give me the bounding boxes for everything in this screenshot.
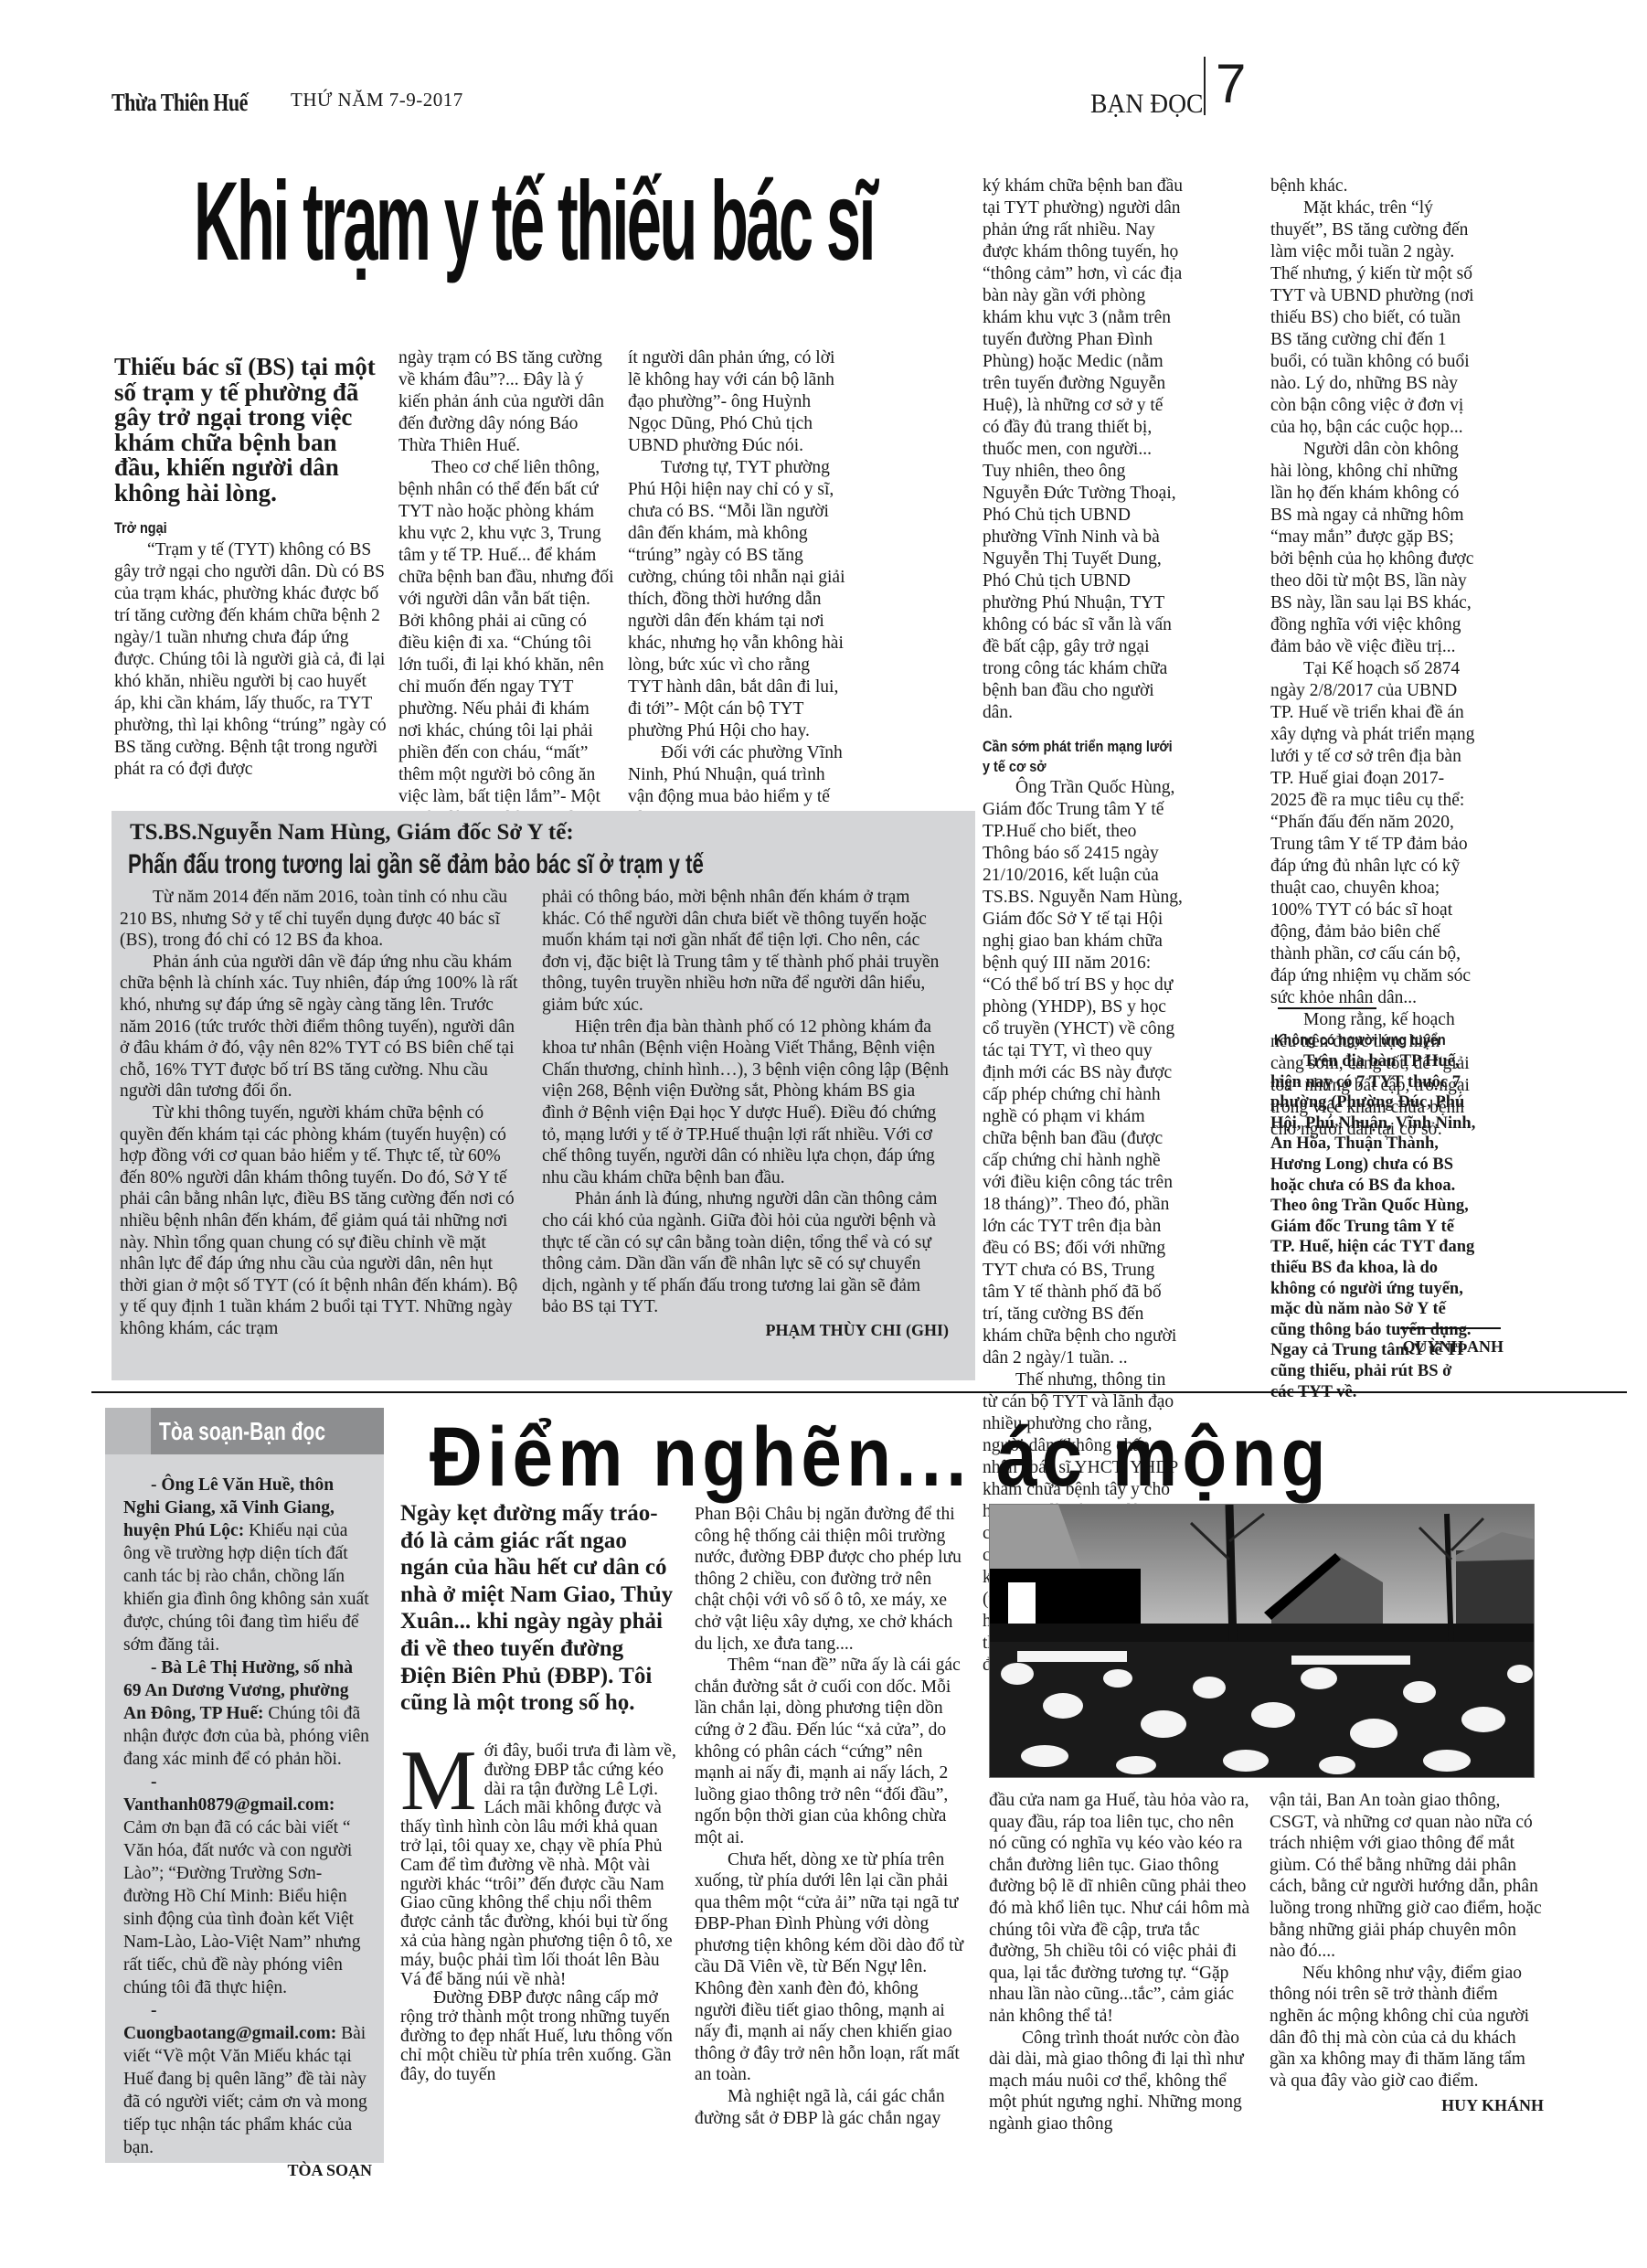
article1-column-2: ngày trạm có BS tăng cường về khám đâu”?… <box>398 347 614 852</box>
section-divider <box>91 1391 1627 1393</box>
interview-column-right: phải có thông báo, mời bệnh nhân đến khá… <box>542 887 949 1341</box>
interview-title: Phấn đấu trong tương lai gần sẽ đảm bảo … <box>128 850 704 879</box>
paragraph: Hiện trên địa bàn thành phố có 12 phòng … <box>542 1017 949 1189</box>
paragraph: Theo cơ chế liên thông, bệnh nhân có thể… <box>398 457 614 852</box>
paragraph: Phan Bội Châu bị ngăn đường để thi công … <box>695 1504 964 1655</box>
section-name: BẠN ĐỌC <box>1090 89 1203 120</box>
paragraph: đầu cửa nam ga Huế, tàu hỏa vào ra, quay… <box>989 1790 1254 2028</box>
paragraph: Ông Trần Quốc Hùng, Giám đốc Trung tâm Y… <box>983 777 1184 1369</box>
mailbox-sender: - Vanthanh0879@gmail.com: <box>123 1773 335 1815</box>
mailbox-sender: - Cuongbaotang@gmail.com: <box>123 2001 336 2043</box>
paragraph: Thêm “nan đề” nữa ấy là cái gác chắn đườ… <box>695 1655 964 1848</box>
article2-column-3: đầu cửa nam ga Huế, tàu hỏa vào ra, quay… <box>989 1790 1254 2135</box>
paragraph: Mà nghiệt ngã là, cái gác chắn đường sắt… <box>695 2086 964 2129</box>
article1-column-1: Thiếu bác sĩ (BS) tại một số trạm y tế p… <box>114 355 388 781</box>
drop-cap: M <box>400 1748 477 1814</box>
subhead-mang-luoi: Cần sớm phát triển mạng lưới y tế cơ sở <box>983 737 1177 777</box>
mailbox-reply: Khiếu nại của ông về trường hợp diện tíc… <box>123 1521 369 1655</box>
paragraph: “Trạm y tế (TYT) không có BS gây trở ngạ… <box>114 539 388 781</box>
illustration-graphic <box>990 1505 1535 1778</box>
article1-headline: Khi trạm y tế thiếu bác sĩ <box>194 163 874 282</box>
mailbox-item: - Bà Lê Thị Hường, số nhà 69 An Dương Vư… <box>123 1656 372 1771</box>
interview-byline: PHẠM THÙY CHI (GHI) <box>542 1320 949 1342</box>
article2-column-2: Phan Bội Châu bị ngăn đường để thi công … <box>695 1504 964 2129</box>
paragraph: Người dân còn không hài lòng, không chỉ … <box>1270 439 1476 658</box>
paragraph: Tương tự, TYT phường Phú Hội hiện nay ch… <box>628 457 845 742</box>
paragraph: ký khám chữa bệnh ban đầu tại TYT phường… <box>983 176 1184 724</box>
article1-column-3: ít người dân phản ứng, có lời lẽ không h… <box>628 347 845 830</box>
paragraph: Từ khi thông tuyến, người khám chữa bệnh… <box>120 1102 522 1340</box>
paragraph: vận tải, Ban An toàn giao thông, CSGT, v… <box>1270 1790 1544 1963</box>
mailbox-item: - Ông Lê Văn Huề, thôn Nghi Giang, xã Vi… <box>123 1474 372 1656</box>
divider <box>1400 1327 1501 1329</box>
sidebar-heading: Không có người ứng tuyển <box>1274 1029 1446 1051</box>
mailbox-signature: TÒA SOẠN <box>123 2159 372 2182</box>
interview-speaker: TS.BS.Nguyễn Nam Hùng, Giám đốc Sở Y tế: <box>130 819 574 847</box>
article2-byline: HUY KHÁNH <box>1270 2095 1544 2117</box>
paragraph: bệnh khác. <box>1270 176 1476 197</box>
mailbox-item: - Vanthanh0879@gmail.com: Cảm ơn bạn đã … <box>123 1771 372 1999</box>
article1-column-5: bệnh khác. Mặt khác, trên “lý thuyết”, B… <box>1270 176 1476 1141</box>
mailbox-heading-bar: Tòa soạn-Bạn đọc <box>151 1408 384 1454</box>
paragraph: Chưa hết, dòng xe từ phía trên xuống, từ… <box>695 1849 964 2087</box>
mailbox-items: - Ông Lê Văn Huề, thôn Nghi Giang, xã Vi… <box>123 1474 372 2182</box>
paragraph: ngày trạm có BS tăng cường về khám đâu”?… <box>398 347 614 457</box>
mailbox-reply: Cảm ơn bạn đã có các bài viết “ Văn hóa,… <box>123 1818 361 1997</box>
issue-date: THỨ NĂM 7-9-2017 <box>291 89 463 112</box>
mailbox-reply: Bài viết “Về một Văn Miếu khác tại Huế đ… <box>123 2024 367 2157</box>
paragraph: Phản ánh của người dân về đáp ứng nhu cầ… <box>120 952 522 1102</box>
paragraph: Công trình thoát nước còn đào dài dài, m… <box>989 2028 1254 2135</box>
newspaper-name: Thừa Thiên Huế <box>112 88 248 118</box>
paragraph: Mới đây, buổi trưa đi làm về, đường ĐBP … <box>400 1742 679 1989</box>
paragraph: phải có thông báo, mời bệnh nhân đến khá… <box>542 887 949 1017</box>
mailbox-tab-accent <box>105 1408 151 1454</box>
page-number: 7 <box>1216 55 1246 113</box>
traffic-jam-illustration <box>989 1504 1535 1778</box>
article1-lead: Thiếu bác sĩ (BS) tại một số trạm y tế p… <box>114 355 388 506</box>
mailbox-item: - Cuongbaotang@gmail.com: Bài viết “Về m… <box>123 1999 372 2159</box>
paragraph: ít người dân phản ứng, có lời lẽ không h… <box>628 347 845 457</box>
paragraph: Nếu không như vậy, điểm giao thông nói t… <box>1270 1963 1544 2092</box>
page-number-divider <box>1204 57 1206 115</box>
subhead-tro-ngai: Trở ngại <box>114 517 347 539</box>
paragraph: Đường ĐBP được nâng cấp mở rộng trở thàn… <box>400 1989 679 2084</box>
paragraph: Từ năm 2014 đến năm 2016, toàn tỉnh có n… <box>120 887 522 952</box>
article2-headline: Điểm nghẽn... ác mộng <box>430 1415 1331 1499</box>
interview-column-left: Từ năm 2014 đến năm 2016, toàn tỉnh có n… <box>120 887 522 1339</box>
paragraph: Mặt khác, trên “lý thuyết”, BS tăng cườn… <box>1270 197 1476 439</box>
article2-column-4: vận tải, Ban An toàn giao thông, CSGT, v… <box>1270 1790 1544 2117</box>
article1-byline: QUỲNH ANH <box>1353 1337 1504 1357</box>
article2-lead: Ngày kẹt đường mấy tráo- đó là cảm giác … <box>400 1500 675 1717</box>
mailbox-heading: Tòa soạn-Bạn đọc <box>151 1408 325 1454</box>
divider <box>1278 1007 1376 1009</box>
article2-column-1: Mới đây, buổi trưa đi làm về, đường ĐBP … <box>400 1742 679 2084</box>
paragraph: Tại Kế hoạch số 2874 ngày 2/8/2017 của U… <box>1270 658 1476 1009</box>
paragraph: Phản ánh là đúng, nhưng người dân cần th… <box>542 1188 949 1318</box>
